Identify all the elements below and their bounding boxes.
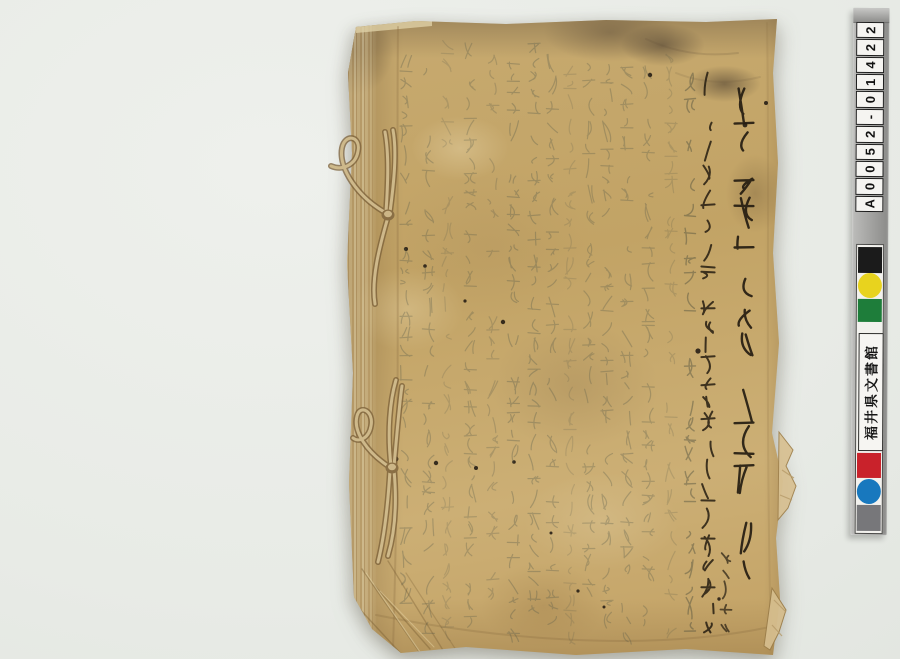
id-char: 2 bbox=[856, 22, 884, 39]
id-char: 2 bbox=[856, 126, 884, 143]
id-char: 0 bbox=[855, 161, 883, 178]
id-char: 2 bbox=[856, 39, 884, 56]
id-char: 4 bbox=[856, 57, 884, 74]
archive-name-text: 福井県文書館 bbox=[861, 344, 882, 440]
color-patch-card: 福井県文書館 bbox=[855, 244, 885, 534]
patch-green-square bbox=[858, 299, 882, 322]
id-char: - bbox=[856, 109, 884, 126]
id-char: 0 bbox=[856, 91, 884, 108]
archive-id-label: A 0 0 5 2 - 0 1 4 2 2 bbox=[855, 22, 884, 212]
handwriting-layer bbox=[346, 13, 786, 657]
page-edge-top-sliver bbox=[352, 15, 432, 33]
id-char: 0 bbox=[855, 178, 883, 195]
patch-gray-square bbox=[857, 505, 881, 531]
worm-holes bbox=[394, 73, 768, 609]
patch-red-square bbox=[857, 453, 881, 478]
patch-yellow-circle bbox=[858, 273, 882, 298]
color-scale-ruler: A 0 0 5 2 - 0 1 4 2 2 福井県文書館 bbox=[851, 8, 890, 535]
creases bbox=[356, 23, 771, 657]
book-cover bbox=[346, 13, 786, 657]
manuscript-book bbox=[346, 13, 786, 657]
id-char: A bbox=[855, 196, 883, 213]
id-char: 5 bbox=[856, 143, 884, 160]
photo-scene: A 0 0 5 2 - 0 1 4 2 2 福井県文書館 bbox=[0, 0, 900, 659]
archive-name-label: 福井県文書館 bbox=[858, 333, 884, 451]
patch-black-square bbox=[858, 247, 882, 273]
patch-blue-circle bbox=[857, 479, 881, 504]
id-char: 1 bbox=[856, 74, 884, 91]
ruler-end-cap bbox=[853, 8, 889, 23]
